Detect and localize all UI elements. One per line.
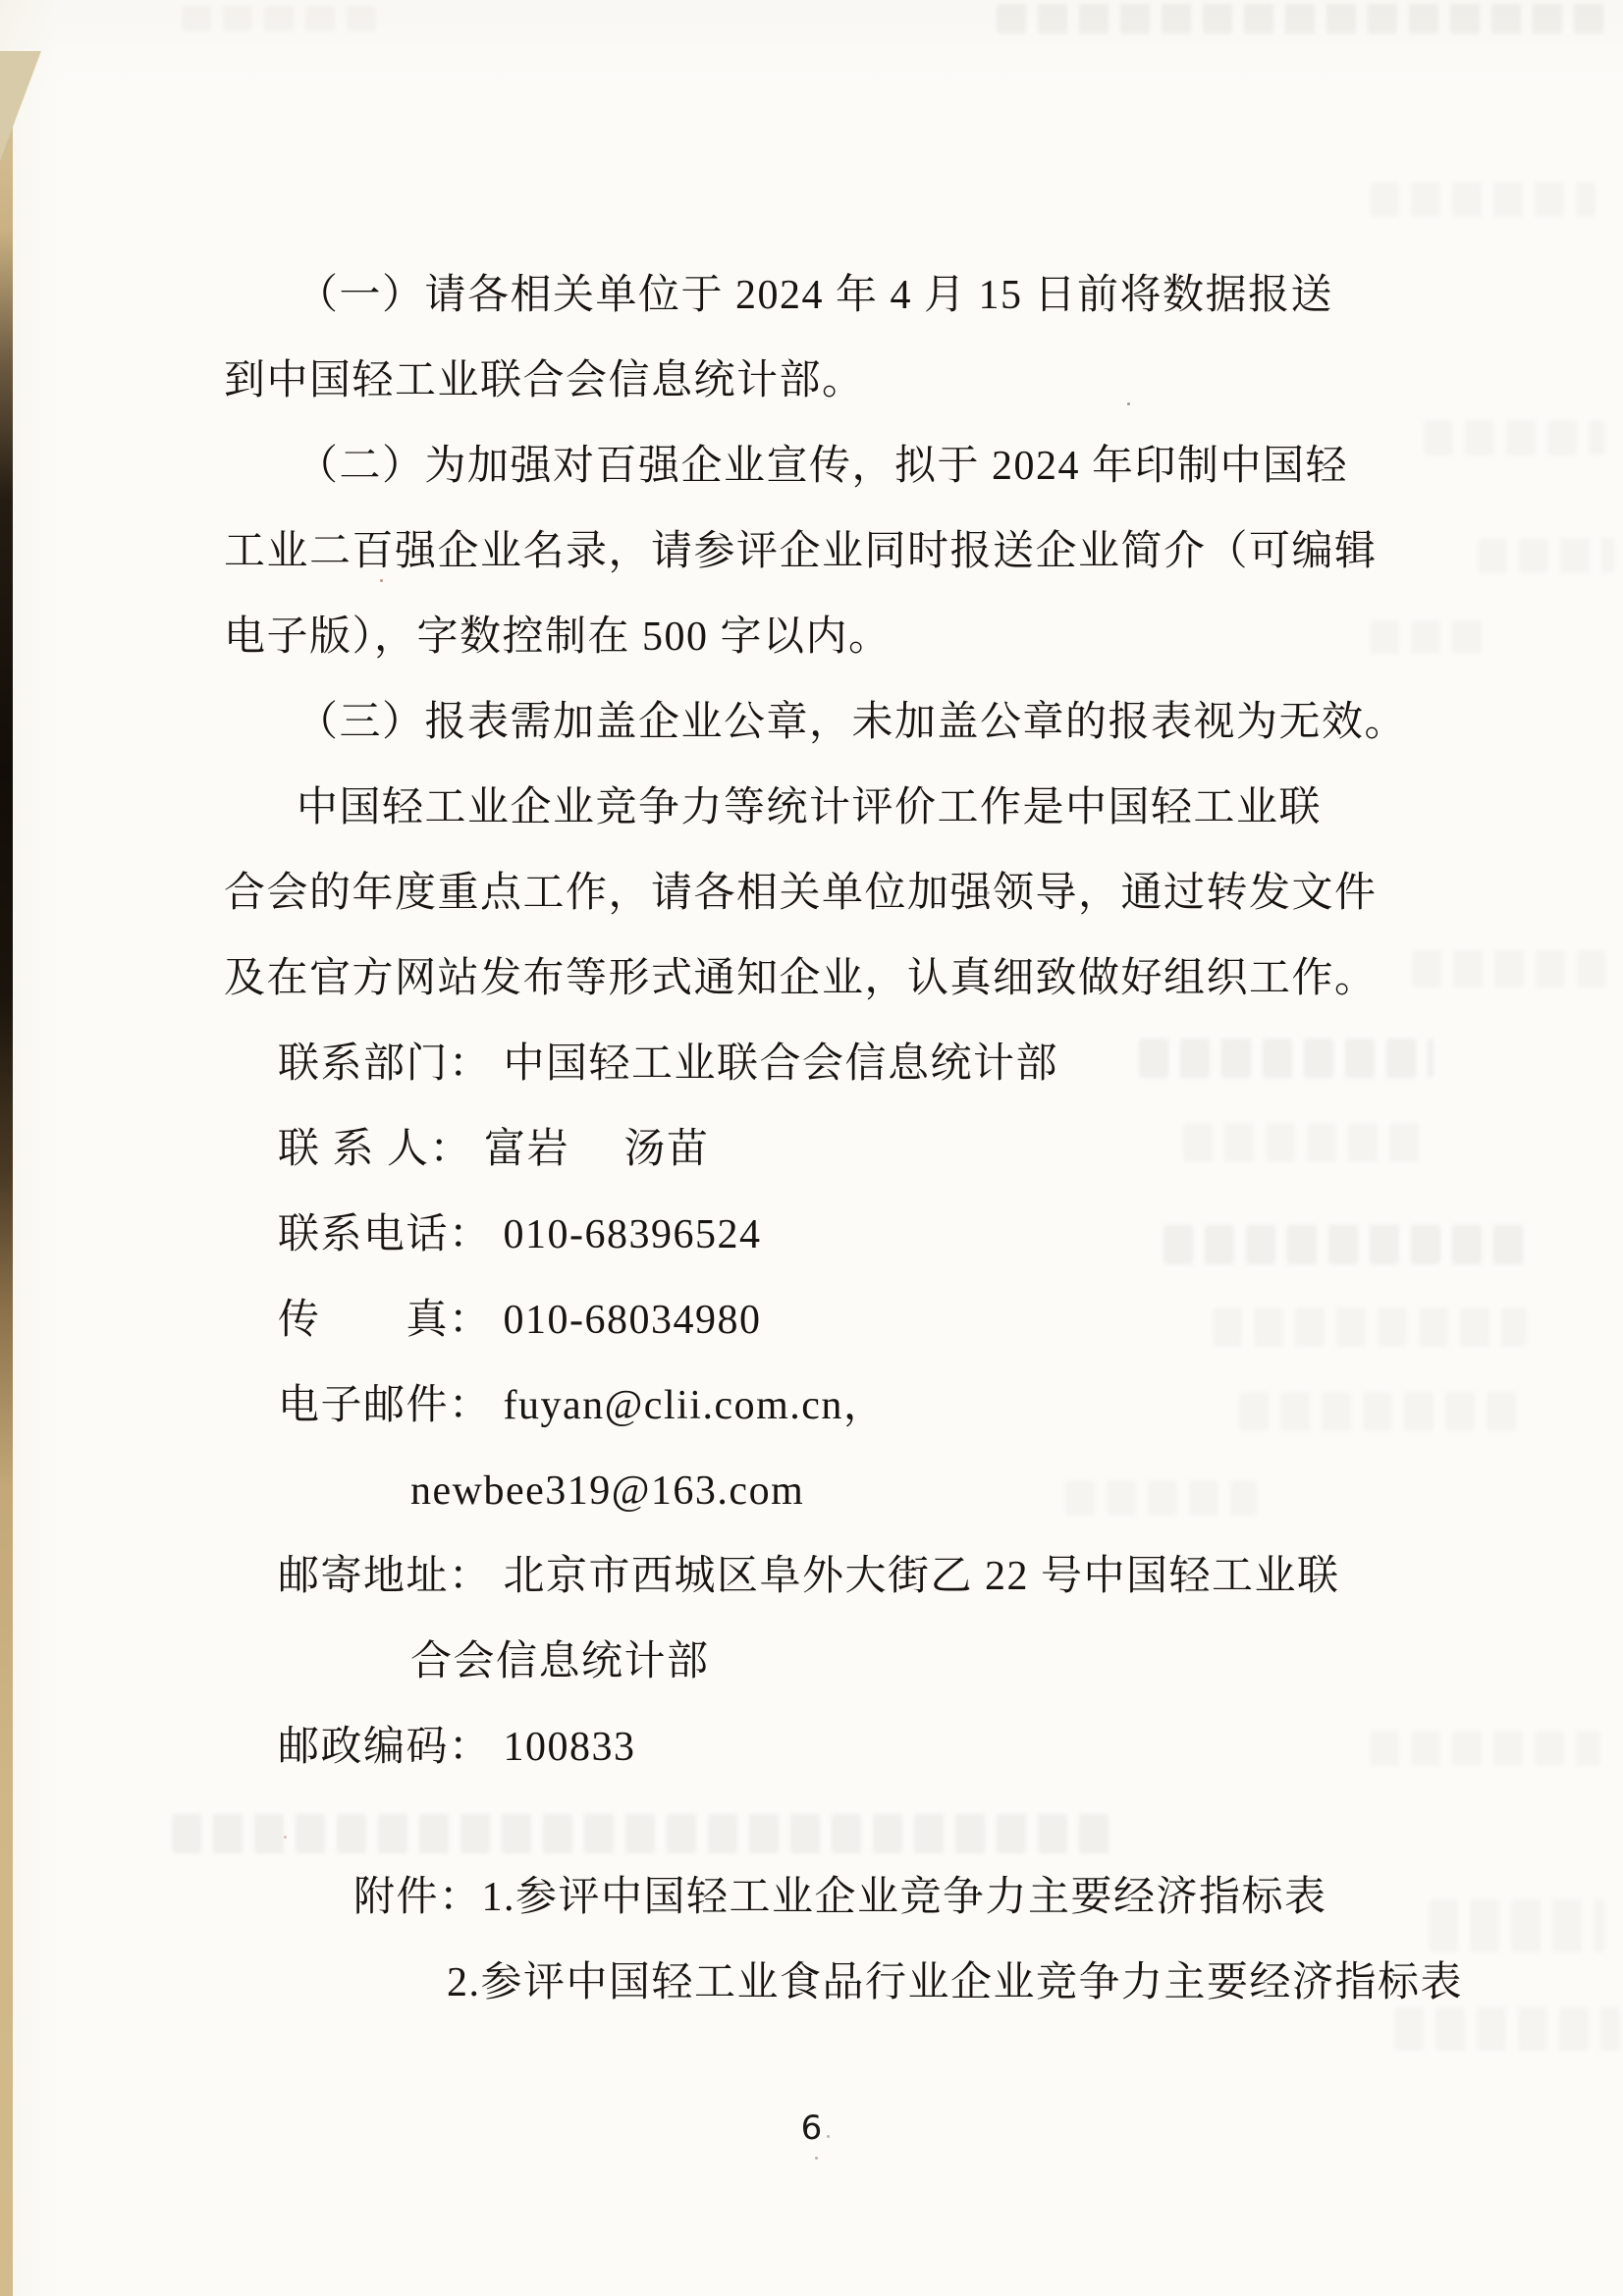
document-line: 合会信息统计部 [224, 1620, 1441, 1705]
document-line: 2.参评中国轻工业食品行业企业竞争力主要经济指标表 [224, 1941, 1441, 2026]
document-line: 联系电话： 010-68396524 [224, 1193, 1441, 1278]
bleedthrough-artifact [997, 4, 1605, 33]
document-line: 传 真： 010-68034980 [224, 1278, 1441, 1363]
document-line: （二）为加强对百强企业宣传，拟于 2024 年印制中国轻 [224, 424, 1441, 509]
bleedthrough-artifact [1412, 950, 1613, 988]
document-line: （三）报表需加盖企业公章，未加盖公章的报表视为无效。 [224, 680, 1441, 766]
document-line: 中国轻工业企业竞争力等统计评价工作是中国轻工业联 [224, 766, 1441, 851]
document-line: 联 系 人： 富岩 汤苗 [224, 1107, 1441, 1193]
document-line: 联系部门： 中国轻工业联合会信息统计部 [224, 1022, 1441, 1107]
document-line: 电子邮件： fuyan@clii.com.cn， [224, 1363, 1441, 1449]
document-line: 到中国轻工业联合会信息统计部。 [224, 339, 1441, 424]
document-line: 附件：1.参评中国轻工业企业竞争力主要经济指标表 [224, 1855, 1441, 1941]
document-line: 邮寄地址： 北京市西城区阜外大街乙 22 号中国轻工业联 [224, 1534, 1441, 1620]
document-line: newbee319@163.com [224, 1449, 1441, 1534]
document-line: （一）请各相关单位于 2024 年 4 月 15 日前将数据报送 [224, 253, 1441, 339]
page-number: 6 [0, 2109, 1623, 2148]
bleedthrough-artifact [1478, 538, 1615, 573]
document-line: 邮政编码： 100833 [224, 1705, 1441, 1790]
document-line: 合会的年度重点工作，请各相关单位加强领导，通过转发文件 [224, 851, 1441, 936]
bleedthrough-artifact [1370, 182, 1596, 217]
scan-edge-strip [0, 51, 13, 2296]
document-line: 电子版），字数控制在 500 字以内。 [224, 595, 1441, 680]
bleedthrough-artifact [182, 6, 388, 31]
document-line: 及在官方网站发布等形式通知企业，认真细致做好组织工作。 [224, 936, 1441, 1022]
document-lines: （一）请各相关单位于 2024 年 4 月 15 日前将数据报送到中国轻工业联合… [224, 253, 1441, 2026]
document-line: 工业二百强企业名录，请参评企业同时报送企业简介（可编辑 [224, 509, 1441, 595]
scanned-page: { "page": { "number": "6" }, "document":… [0, 0, 1623, 2296]
bleedthrough-artifact [1424, 420, 1605, 455]
